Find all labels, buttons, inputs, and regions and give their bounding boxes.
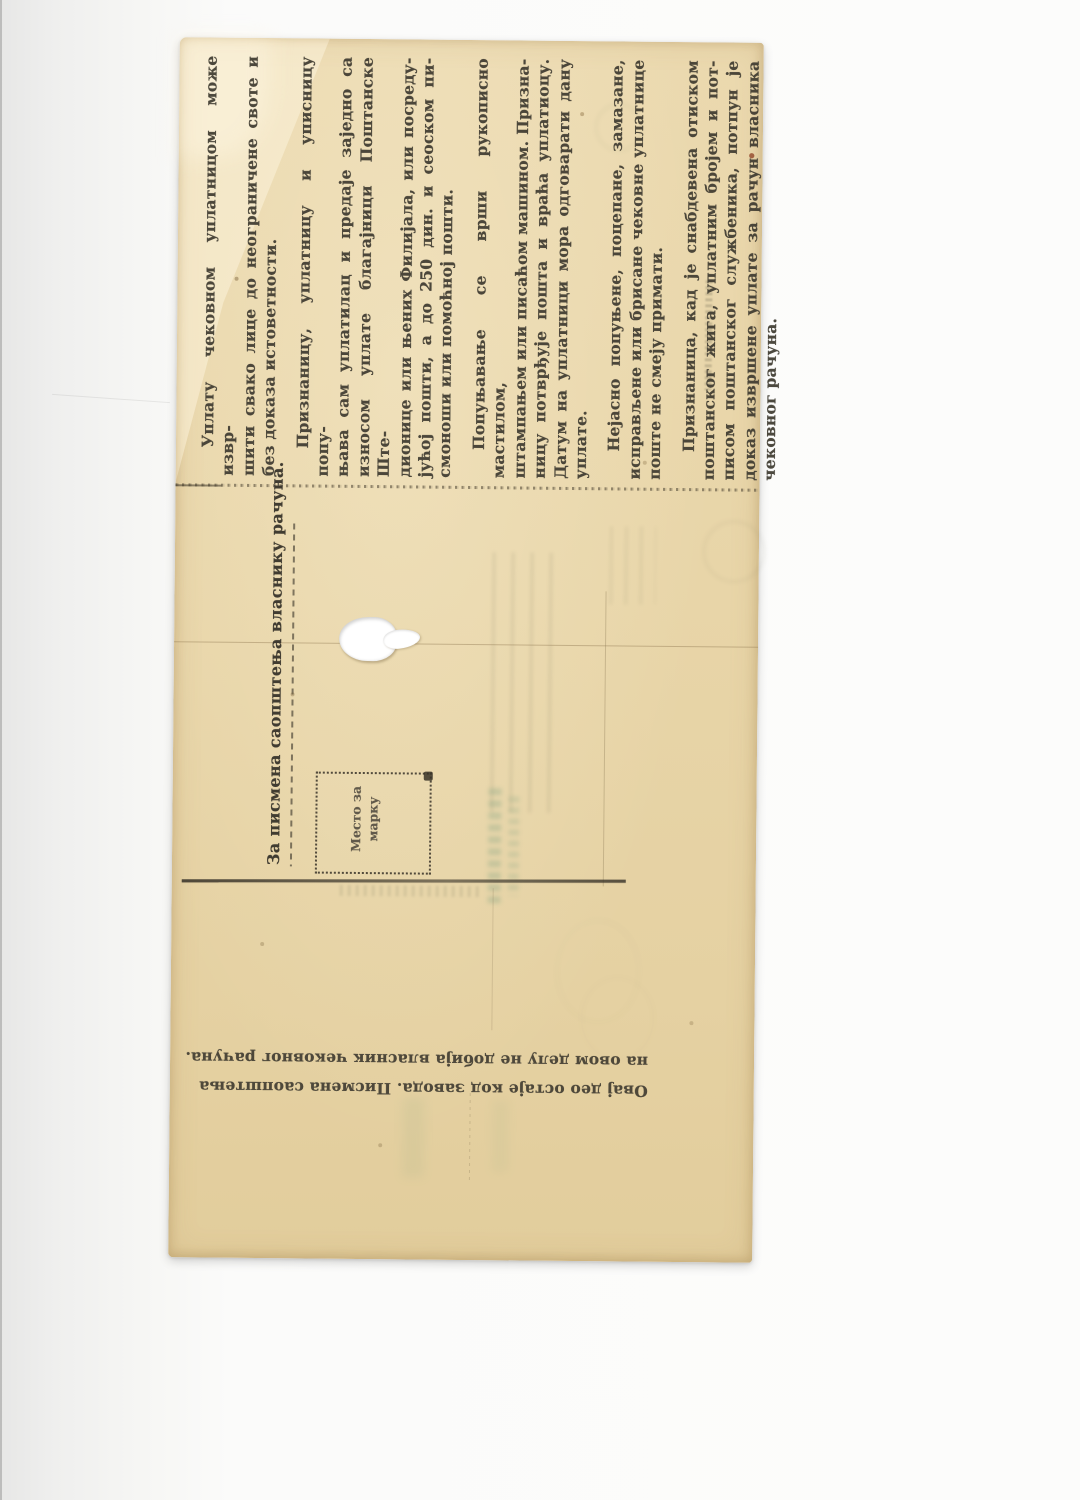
ghost-postmark-right [703, 520, 766, 583]
perforation-line [176, 483, 760, 492]
section-heading: За писмена саопштења власнику рачуна. [259, 505, 292, 865]
ghost-bleed-digits [488, 788, 502, 905]
scanner-bed-scratch [52, 394, 170, 403]
section-divider-line [182, 879, 626, 882]
punch-hole [339, 617, 397, 662]
ghost-green-smudge [402, 1097, 425, 1177]
text-line: Уплату чековном уплатницом може извр- [198, 55, 243, 475]
bleed-dotted-line [469, 1093, 471, 1183]
instruction-paragraph: Попуњавање се врши рукописно мастилом,шт… [469, 58, 595, 479]
instruction-paragraph: Признаницу, уплатницу и уписницу попу-ња… [292, 56, 459, 478]
bleed-vertical-line [491, 888, 493, 1030]
paper-specks [180, 37, 182, 39]
instruction-paragraph: Нејасно попуњене, поцепане, замазане,исп… [604, 59, 669, 480]
text-line: чековног рачуна. [760, 61, 784, 481]
text-line: Признаницу, уплатницу и уписницу попу- [292, 56, 337, 476]
ghost-green-smudge [492, 1100, 509, 1172]
bleed-vertical-line [603, 591, 607, 886]
ghost-bleed-text-a [490, 552, 562, 813]
text-line: смоноши или помоћној пошти. [435, 58, 459, 478]
instructions-text: Уплату чековном уплатницом може извр-шит… [198, 55, 702, 480]
stamp-box-label-line2: марку [364, 781, 382, 857]
keeper-note-line1: Овај део остаје код завода. Писмена саоп… [246, 1073, 648, 1106]
stamp-box-label-line1: Место за [347, 781, 365, 857]
text-line: поште не смеју примати. [645, 60, 669, 480]
ghost-bleed-caption [340, 885, 482, 897]
slip-paper: Уплату чековном уплатницом може извр-шит… [168, 37, 764, 1263]
text-line: без доказа истоветности. [259, 56, 283, 476]
text-line: Попуњавање се врши рукописно мастилом, [469, 58, 514, 478]
instruction-paragraph: Признаница, кад је снабдевена отискомпош… [678, 60, 784, 481]
ghost-bleed-text-b [609, 526, 656, 604]
scanner-bed-edge [0, 0, 2, 1500]
stamp-box-corner-mark [424, 772, 433, 781]
keeper-note-line2: на овом делу не добија власник чековног … [246, 1044, 648, 1077]
instruction-paragraph: Уплату чековном уплатницом може извр-шит… [198, 55, 284, 476]
scanned-postal-slip-back: Уплату чековном уплатницом може извр-шит… [0, 0, 1080, 1500]
text-line: уплате. [571, 59, 595, 479]
stamp-box-label: Место за марку [347, 781, 386, 857]
keeper-note: Овај део остаје код завода. Писмена саоп… [246, 1040, 649, 1106]
text-line: износом уплате благајници Поштанске Ште- [354, 57, 399, 477]
